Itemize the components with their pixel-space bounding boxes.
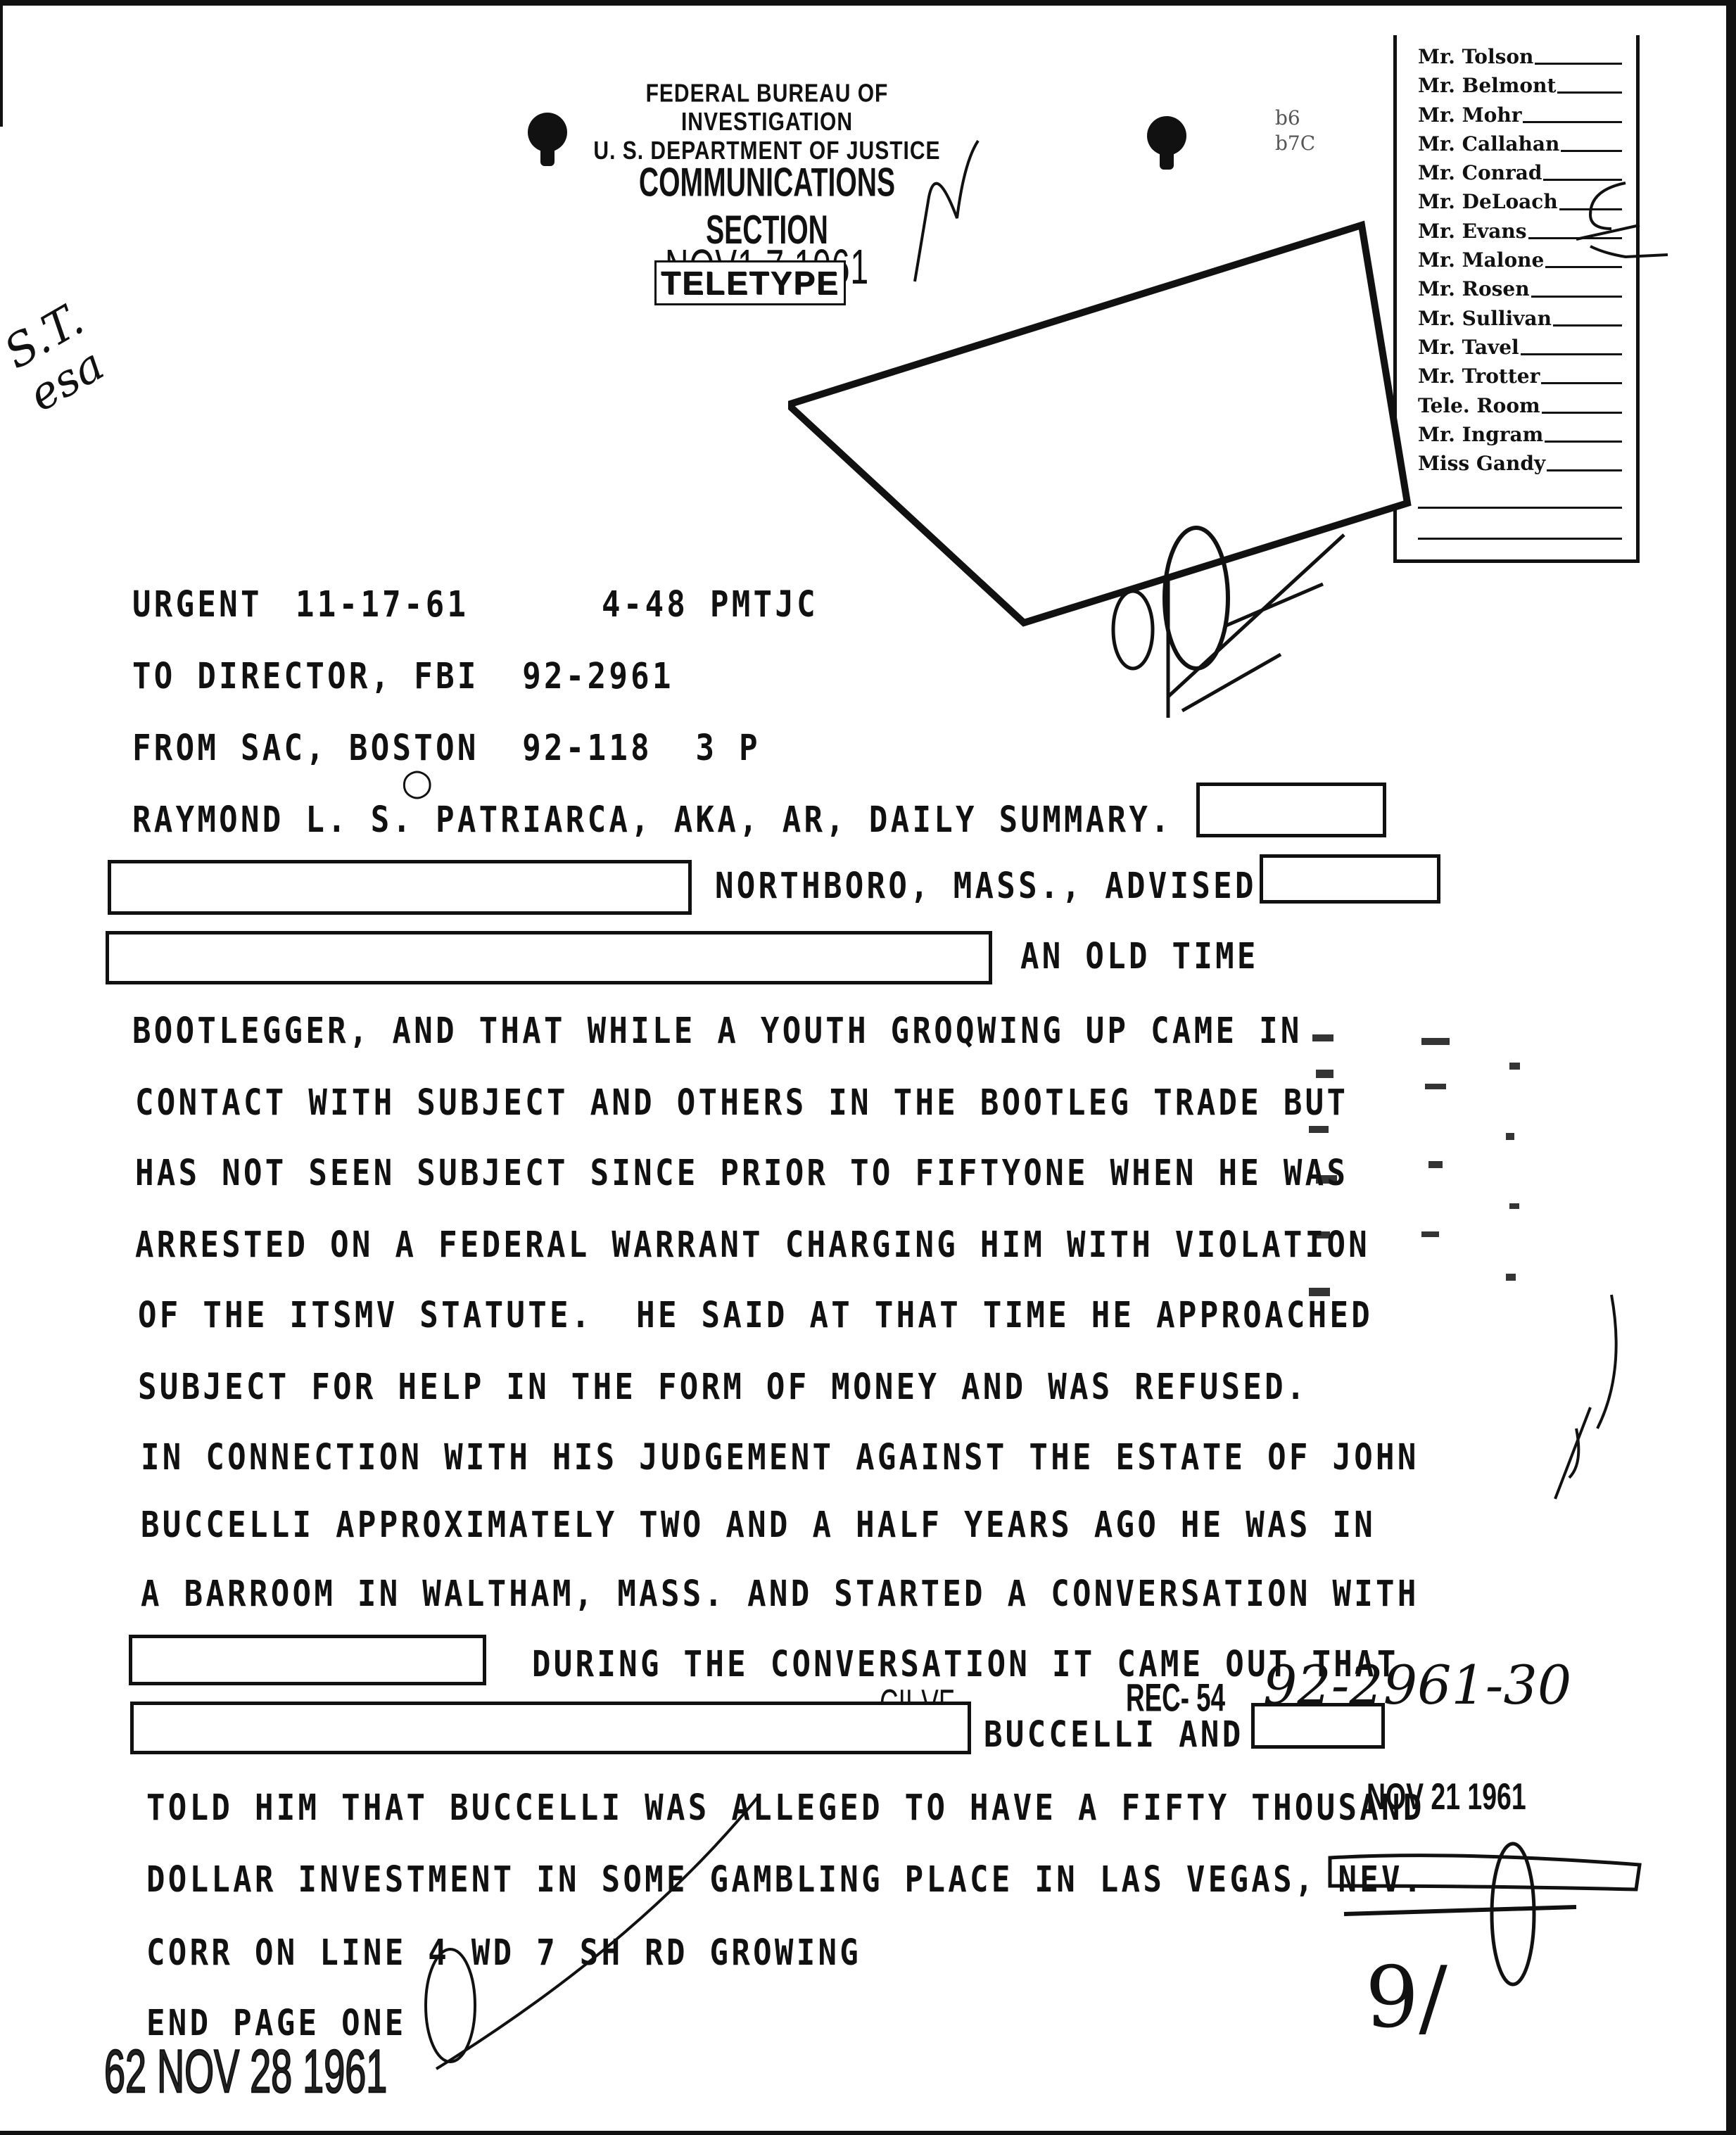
punch-hole-left-icon: [528, 113, 567, 152]
exemption-b7c: b7C: [1275, 131, 1315, 156]
routing-item: Mr. Tolson: [1418, 42, 1636, 71]
routing-item: Mr. Callahan: [1418, 129, 1636, 158]
routing-item: Mr. Trotter: [1418, 362, 1636, 391]
body-line: CONTACT WITH SUBJECT AND OTHERS IN THE B…: [135, 1082, 1348, 1124]
scan-edge-left: [0, 0, 3, 127]
filed-date-stamp: 62 NOV 28 1961: [104, 2037, 387, 2106]
punch-hole-right-icon: [1147, 116, 1186, 156]
redaction-box: [1260, 854, 1440, 904]
body-line: A BARROOM IN WALTHAM, MASS. AND STARTED …: [141, 1573, 1419, 1615]
body-line: NORTHBORO, MASS., ADVISED: [715, 866, 1257, 907]
routing-item: Mr. Belmont: [1418, 71, 1636, 100]
redaction-box: [129, 1635, 486, 1685]
routing-item: Mr. Tavel: [1418, 333, 1636, 362]
body-line: BOOTLEGGER, AND THAT WHILE A YOUTH GROQW…: [132, 1011, 1303, 1052]
margin-handwriting: S.T. esa: [0, 283, 137, 421]
routing-check-marks-icon: [1548, 176, 1675, 274]
message-date: 11-17-61: [296, 584, 469, 626]
body-line: BUCCELLI APPROXIMATELY TWO AND A HALF YE…: [141, 1504, 1376, 1546]
handwritten-initial: 9/: [1365, 1949, 1447, 2047]
body-line: BUCCELLI AND: [984, 1714, 1243, 1756]
redaction-box: [106, 931, 992, 984]
body-line: OF THE ITSMV STATUTE. HE SAID AT THAT TI…: [138, 1295, 1373, 1336]
to-line: TO DIRECTOR, FBI 92-2961: [132, 656, 674, 697]
routing-item: Tele. Room: [1418, 391, 1636, 420]
routing-blank-line: [1418, 509, 1622, 540]
body-line: ARRESTED ON A FEDERAL WARRANT CHARGING H…: [135, 1224, 1370, 1266]
routing-item: Mr. Mohr: [1418, 101, 1636, 129]
pen-stroke-icon: [394, 1787, 788, 2083]
priority: URGENT: [132, 584, 262, 626]
body-line: HAS NOT SEEN SUBJECT SINCE PRIOR TO FIFT…: [135, 1153, 1348, 1194]
body-line: SUBJECT FOR HELP IN THE FORM OF MONEY AN…: [138, 1367, 1308, 1408]
received-date-stamp: NOV 21 1961: [1367, 1776, 1526, 1818]
exemption-b6: b6: [1275, 106, 1315, 131]
stamp-agency: FEDERAL BUREAU OF INVESTIGATION: [563, 80, 971, 137]
scan-edge-top: [0, 0, 1736, 6]
routing-item: Mr. Ingram: [1418, 420, 1636, 449]
routing-item: Mr. Sullivan: [1418, 304, 1636, 333]
routing-slip: Mr. Tolson Mr. Belmont Mr. Mohr Mr. Call…: [1393, 35, 1640, 563]
routing-item: Mr. Rosen: [1418, 274, 1636, 303]
exemption-codes: b6 b7C: [1275, 106, 1315, 156]
margin-signature-icon: [1541, 1288, 1626, 1513]
subject-line: RAYMOND L. S. PATRIARCA, AKA, AR, DAILY …: [132, 799, 1172, 841]
routing-blank-line: [1418, 478, 1622, 509]
routing-item: Miss Gandy: [1418, 449, 1636, 478]
redaction-box: [1251, 1703, 1385, 1749]
redaction-box: [130, 1702, 971, 1754]
scan-edge-right: [1726, 0, 1736, 2135]
circle-mark-icon: ○: [401, 761, 433, 804]
body-line: IN CONNECTION WITH HIS JUDGEMENT AGAINST…: [141, 1437, 1419, 1478]
scan-edge-bottom: [0, 2131, 1736, 2135]
from-line: FROM SAC, BOSTON 92-118 3 P: [132, 728, 761, 769]
message-time: 4-48 PMTJC: [602, 584, 818, 626]
redaction-box: [108, 860, 692, 915]
signature-scribble-icon: [1098, 507, 1379, 732]
faded-vertical-stamp-icon: [1302, 1020, 1527, 1344]
body-line: AN OLD TIME: [1020, 936, 1259, 977]
teletype-page: FEDERAL BUREAU OF INVESTIGATION U. S. DE…: [0, 0, 1736, 2135]
redaction-box: [1196, 783, 1386, 837]
